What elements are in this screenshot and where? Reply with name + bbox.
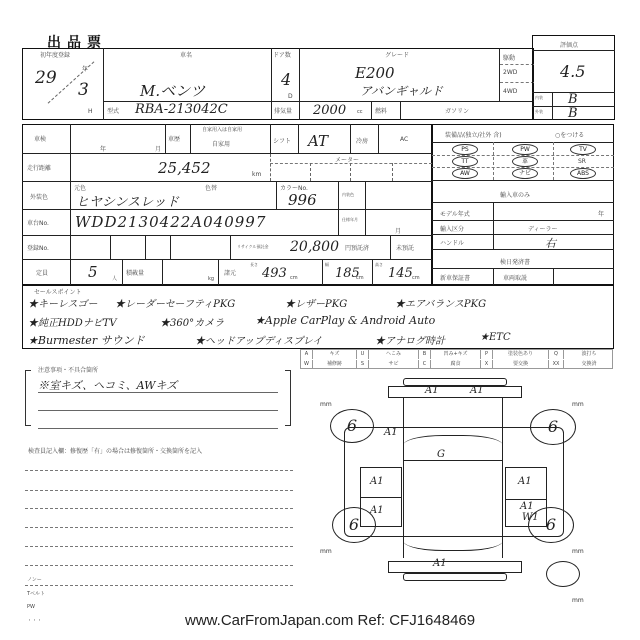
color-value: ヒヤシンスレッド <box>76 191 179 210</box>
first-registration-month: 3 <box>78 80 89 100</box>
height-value: 145 <box>388 266 413 281</box>
mark-rear-door-right: A1 <box>520 501 534 512</box>
inspector-label: 検査員記入欄：修復歴「有」の場合は修復箇所・交換箇所を記入 <box>28 446 202 455</box>
spec-date-month-unit: 月 <box>395 226 401 235</box>
equip-tt: TT <box>452 156 478 167</box>
import-type-label: 輸入区分 <box>440 224 464 233</box>
load-label: 積載量 <box>126 268 144 277</box>
sales-point: ★360°カメラ <box>160 314 224 329</box>
equipment-label: 装備品(独立/社外 含) <box>445 130 502 139</box>
mark-rear-bumper: A1 <box>433 558 447 569</box>
exterior-grade-label: 外装 <box>535 109 543 115</box>
first-registration-year: 29 <box>35 68 57 88</box>
length-value: 493 <box>262 266 287 281</box>
height-unit: cm <box>412 275 420 281</box>
recycle-value: 20,800 <box>290 239 339 255</box>
color-name-label: 色替 <box>205 183 217 192</box>
equip-pw: PW <box>512 144 538 155</box>
drive-4wd: 4WD <box>503 88 517 95</box>
mark-front-bumper-left: A1 <box>425 385 439 396</box>
handle-label: ハンドル <box>440 238 464 247</box>
tire-mm-fr: mm <box>572 401 584 408</box>
drive-2wd: 2WD <box>503 69 517 76</box>
era-mark: H <box>88 108 93 115</box>
warranty-label: 新車保証書 <box>440 273 470 282</box>
color-label: 外装色 <box>30 192 48 201</box>
recycle-label: リサイクル預託金 <box>237 244 268 250</box>
capacity-value: 5 <box>88 263 98 281</box>
mileage-label: 走行距離 <box>27 163 51 172</box>
watermark-footer: www.CarFromJapan.com Ref: CFJ1648469 <box>185 612 475 629</box>
inspection-month-unit: 月 <box>155 144 161 153</box>
mileage-value: 25,452 <box>158 159 211 177</box>
width-label: 幅 <box>325 262 329 268</box>
exterior-grade-value: B <box>568 106 578 121</box>
inspection-year-unit: 年 <box>100 144 106 153</box>
ac-label: 冷房 <box>356 136 368 145</box>
load-unit: kg <box>208 276 214 282</box>
shift-label: シフト <box>273 136 291 145</box>
spare-tire <box>546 561 580 587</box>
grade-label: グレード <box>385 50 409 59</box>
interior-grade-label: 内装 <box>535 95 543 101</box>
fuel-value: ガソリン <box>445 106 469 115</box>
mark-front-fender-left: A1 <box>384 427 398 438</box>
shift-value: AT <box>308 132 328 150</box>
car-history-label: 車歴 <box>168 134 180 143</box>
sales-point: ★エアバランスPKG <box>395 295 486 310</box>
notes-line1: ※室キズ、ヘコミ、AWキズ <box>38 377 177 393</box>
equip-abs: ABS <box>570 168 596 179</box>
equip-tv: TV <box>570 144 596 155</box>
model-code-value: RBA-213042C <box>135 102 228 117</box>
bottom-label-4: ・・・ <box>27 617 42 624</box>
bottom-label-3: PW <box>27 604 35 610</box>
import-label: 輸入車のみ <box>500 190 530 199</box>
car-history-note: 自家用入は自家用 <box>202 126 242 133</box>
fuel-label: 燃料 <box>375 106 387 115</box>
mark-rear-door-left: A1 <box>370 505 384 516</box>
model-year-label: モデル年式 <box>440 209 470 218</box>
inspection-label: 車検 <box>34 134 46 143</box>
sales-point: ★ヘッドアップディスプレイ <box>195 332 322 347</box>
recycle-alt-status: 未預託 <box>396 243 414 252</box>
interior-color-label: 内装色 <box>342 192 354 198</box>
tire-mm-fl: mm <box>320 401 332 408</box>
sales-point: ★純正HDDナビTV <box>28 314 117 329</box>
grade-line1: E200 <box>355 64 395 82</box>
mark-front-door-left: A1 <box>370 476 384 487</box>
mark-rear-door-right-2: W1 <box>522 512 539 523</box>
mileage-unit: km <box>252 171 261 178</box>
capacity-unit: 人 <box>112 275 117 282</box>
doors-label: ドア数 <box>273 50 291 59</box>
sales-point: ★アナログ時計 <box>375 332 445 347</box>
equip-sr: SR <box>578 158 586 165</box>
score-label: 評価点 <box>560 40 578 49</box>
equip-aw: AW <box>452 168 478 179</box>
sales-point: ★レザーPKG <box>285 295 347 310</box>
dimensions-label: 諸元 <box>224 268 236 277</box>
sales-point: ★Burmester サウンド <box>28 332 145 348</box>
spec-date-label: 仕様年月 <box>342 217 358 223</box>
tire-mm-rr: mm <box>572 548 584 555</box>
width-unit: cm <box>356 275 364 281</box>
displacement-unit: cc <box>357 109 363 115</box>
mark-windshield: G <box>437 449 445 460</box>
registration-no-label: 登録No. <box>27 243 49 252</box>
tire-front-left: 6 <box>330 409 374 443</box>
capacity-label: 定員 <box>36 268 48 277</box>
car-name-label: 車名 <box>180 50 192 59</box>
tire-front-right: 6 <box>530 409 576 445</box>
equip-ps: PS <box>452 144 478 155</box>
sales-point: ★キーレスゴー <box>28 295 98 310</box>
color-no-value: 996 <box>288 191 317 209</box>
handle-value: 右 <box>545 235 556 251</box>
mark-front-door-right: A1 <box>518 476 532 487</box>
manual-label: 車両取説 <box>503 273 527 282</box>
score-value: 4.5 <box>560 62 585 81</box>
height-label: 高さ <box>375 262 383 268</box>
car-history-value: 自家用 <box>212 139 230 148</box>
tire-mm-rl: mm <box>320 548 332 555</box>
doors-value: 4 <box>281 70 291 89</box>
displacement-label: 排気量 <box>274 106 292 115</box>
length-unit: cm <box>290 275 298 281</box>
tire-mm-spare: mm <box>572 597 584 604</box>
damage-legend: A キズ U へこみ B 凹み+キズ P 塗装色あり Q 波打ち W 補修跡 S… <box>300 349 613 369</box>
grade-line2: アバンギャルド <box>360 82 443 99</box>
sales-point: ★Apple CarPlay & Android Auto <box>255 314 435 327</box>
model-code-label: 型式 <box>107 106 119 115</box>
mark-front-bumper-right: A1 <box>470 385 484 396</box>
documents-label: 検日発済書 <box>500 257 530 266</box>
bottom-label-1: ノンー <box>27 576 42 583</box>
car-diagram: 6 6 6 6 mm mm mm mm mm A1 A1 A1 G A1 A1 … <box>300 375 620 605</box>
first-registration-label: 初年度登録 <box>40 50 70 59</box>
displacement-value: 2000 <box>313 103 346 118</box>
import-type-value: ディーラー <box>528 224 558 233</box>
model-year-unit: 年 <box>598 209 604 218</box>
drive-label: 駆動 <box>503 53 515 62</box>
equip-navi: ナビ <box>512 168 538 179</box>
doors-unit: D <box>288 93 293 100</box>
bottom-label-2: Tベルト <box>27 590 45 597</box>
car-name-value: M.ベンツ <box>140 80 205 101</box>
ac-value: AC <box>400 136 408 143</box>
equip-leather: 革 <box>512 156 538 167</box>
chassis-value: WDD2130422A040997 <box>75 213 266 231</box>
chassis-label: 車台No. <box>27 218 49 227</box>
equipment-note: ○をつける <box>555 130 584 139</box>
interior-grade-value: B <box>568 92 578 107</box>
recycle-status: 円預託済 <box>345 243 369 252</box>
sales-point: ★ETC <box>480 332 511 343</box>
length-label: 長さ <box>250 262 258 268</box>
notes-label: 注意事項・不具合箇所 <box>38 365 98 374</box>
sales-point: ★レーダーセーフティPKG <box>115 295 235 310</box>
